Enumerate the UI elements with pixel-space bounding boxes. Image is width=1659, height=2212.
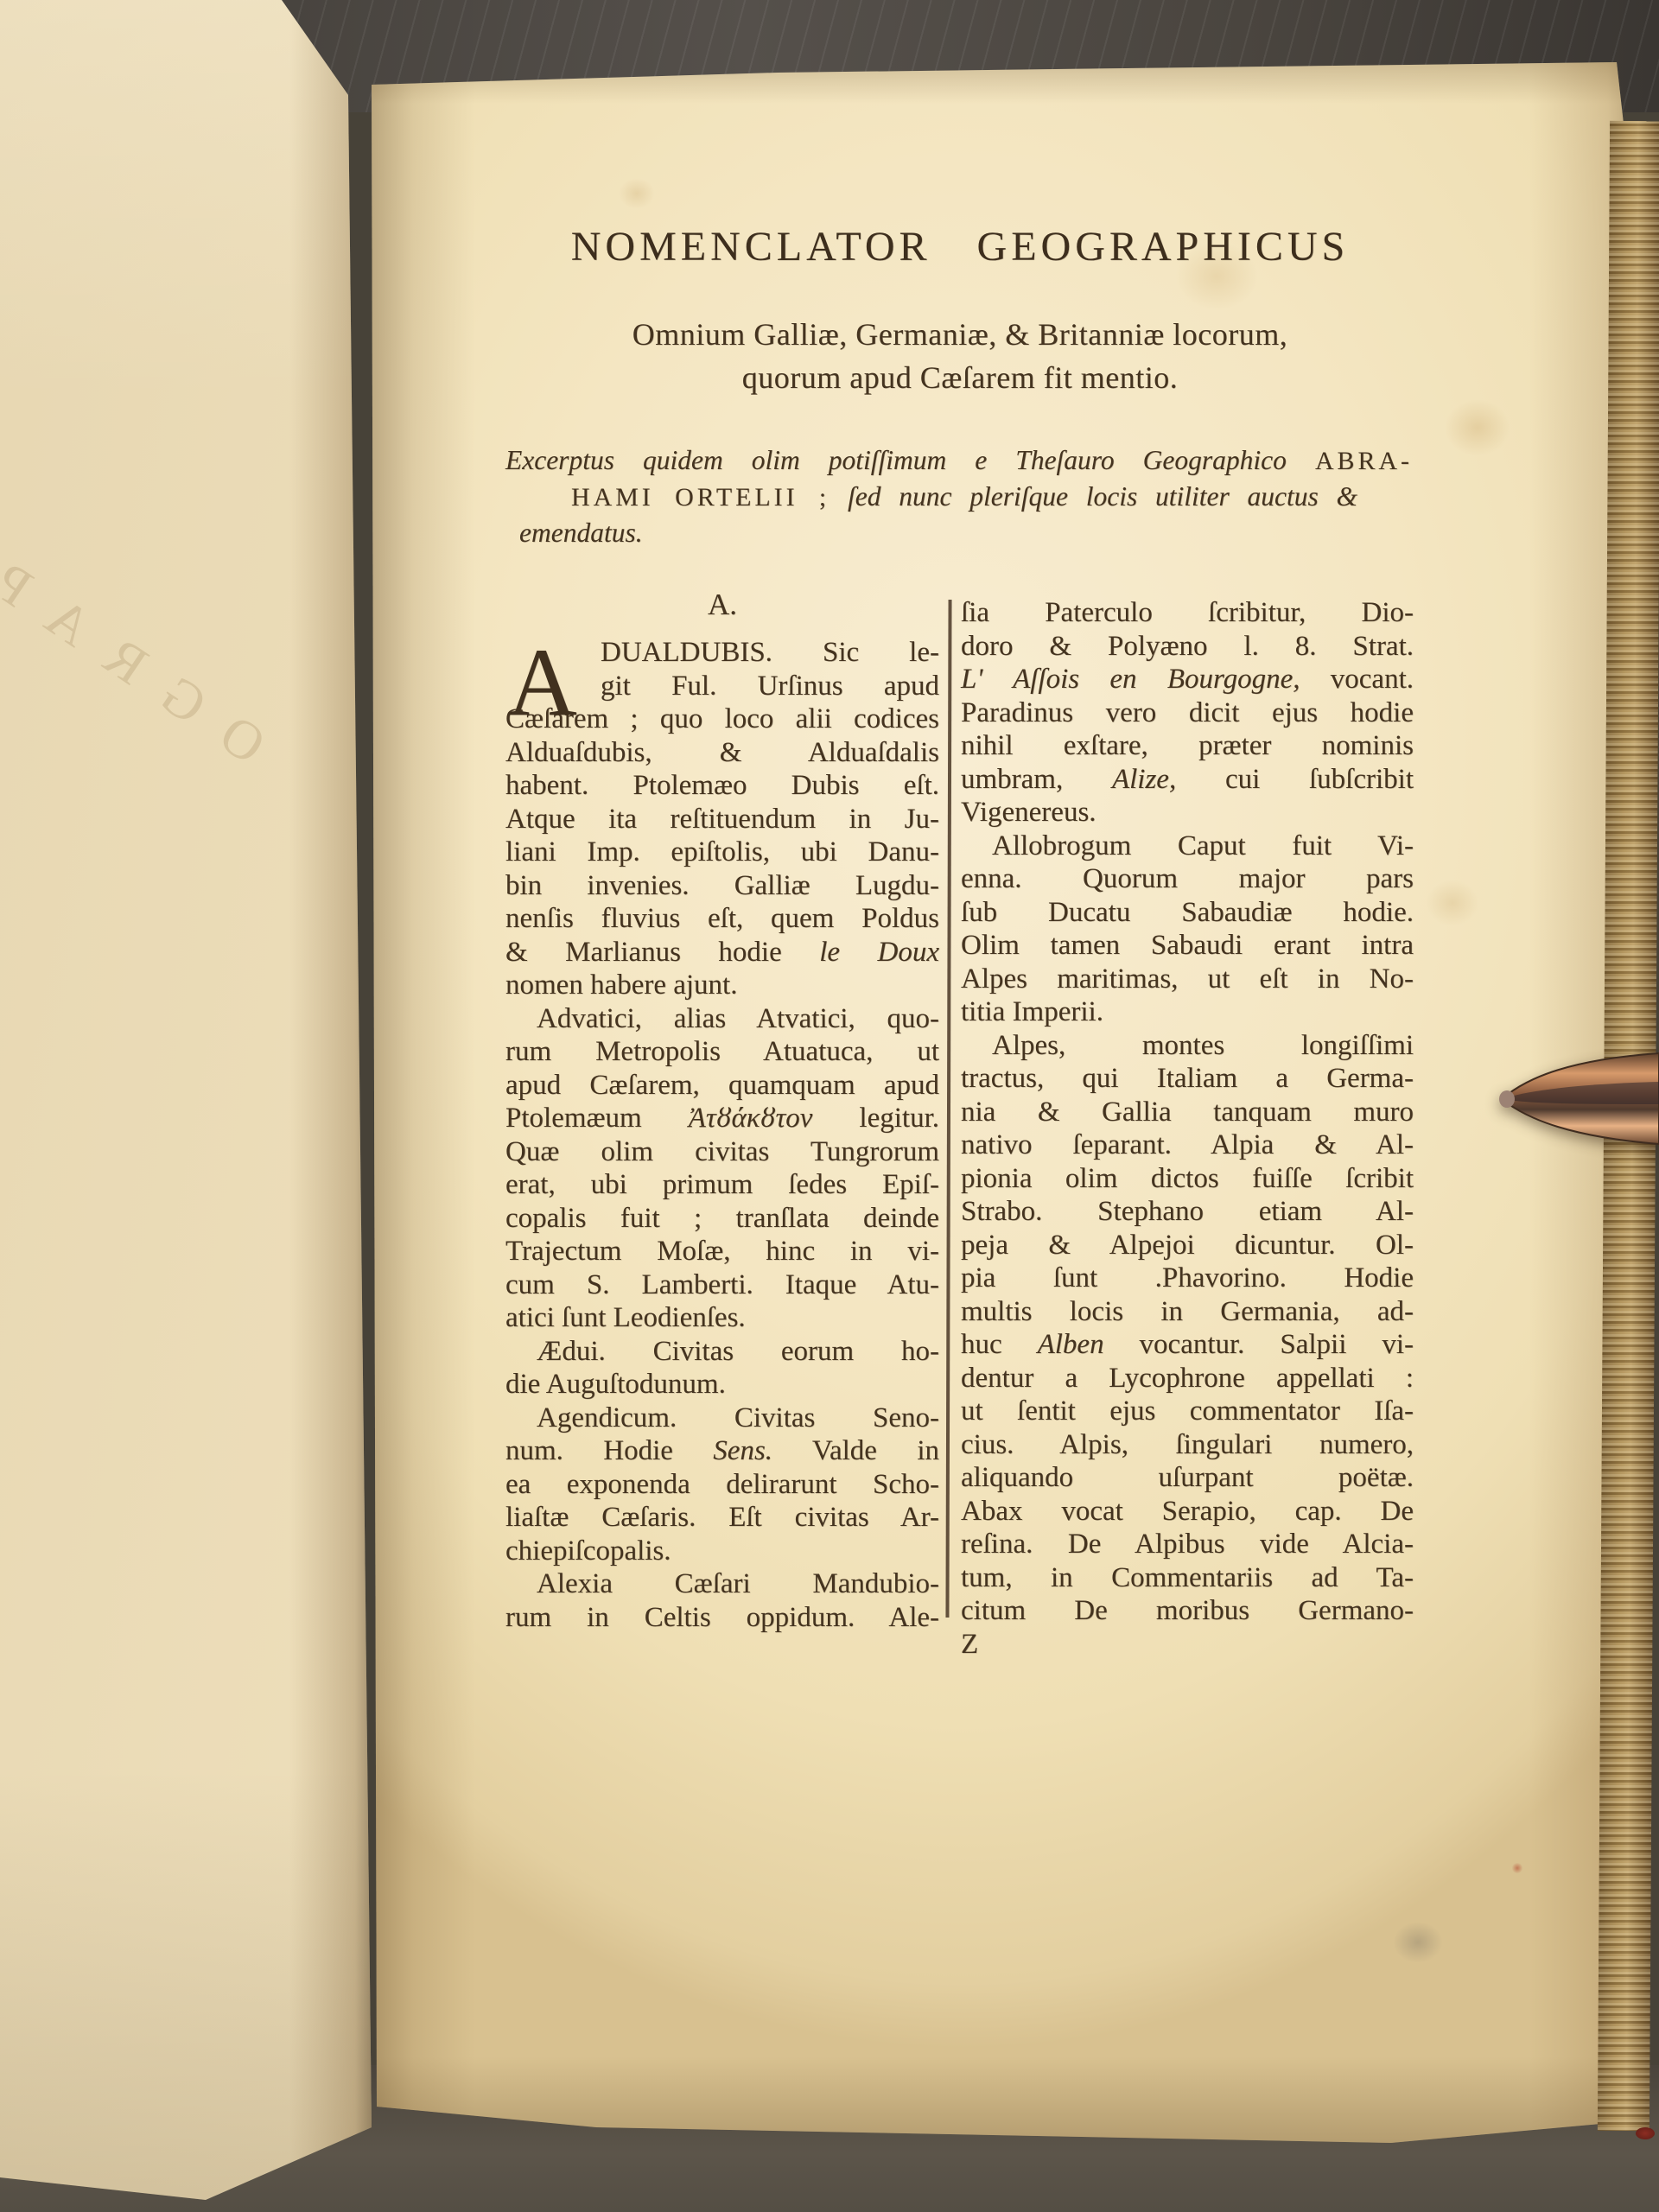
text-line: citum De moribus Germano-: [961, 1594, 1414, 1628]
gutter-shadow: [289, 0, 372, 2212]
column-rule: [945, 600, 951, 1618]
text-line: habent. Ptolemæo Dubis eſt.: [505, 769, 939, 803]
page-stain: [1512, 1863, 1522, 1873]
text-line: reſina. De Alpibus vide Alcia-: [961, 1528, 1414, 1561]
text-line: Paradinus vero dicit ejus hodie: [961, 696, 1414, 730]
text-line: ea exponenda delirarunt Scho-: [505, 1468, 939, 1502]
text-line: peja & Alpejoi dicuntur. Ol-: [961, 1229, 1414, 1262]
text-line: atici ſunt Leodienſes.: [505, 1301, 939, 1335]
text-line: liani Imp. epiſtolis, ubi Danu-: [505, 836, 939, 869]
left-column: DUALDUBIS. Sic le-git Ful. Urſinus apudC…: [505, 636, 939, 1634]
text-line: dentur a Lycophrone appellati :: [961, 1362, 1414, 1395]
section-heading: A.: [505, 588, 939, 622]
gutter-edge-shading: [363, 0, 475, 2212]
book-clasp: [1498, 1047, 1659, 1149]
text-line: nia & Gallia tanquam muro: [961, 1096, 1414, 1129]
text-line: nativo ſeparant. Alpia & Al-: [961, 1128, 1414, 1162]
text-line: Excerptus quidem olim potiſſimum e Theſa…: [505, 442, 1413, 479]
page-stain: [1426, 880, 1479, 926]
text-line: Alpes, montes longiſſimi: [961, 1029, 1414, 1063]
text-line: pia ſunt .Phavorino. Hodie: [961, 1262, 1414, 1295]
text-line: huc Alben vocantur. Salpii vi-: [961, 1328, 1414, 1362]
text-line: Alduaſdubis, & Alduaſdalis: [505, 736, 939, 770]
page-stain: [619, 178, 655, 209]
subtitle-line: Omnium Galliæ, Germaniæ, & Britanniæ loc…: [505, 313, 1414, 356]
text-line: Alexia Cæſari Mandubio-: [505, 1567, 939, 1601]
text-line: git Ful. Urſinus apud: [505, 670, 939, 703]
text-line: num. Hodie Sens. Valde in: [505, 1434, 939, 1468]
text-line: Advatici, alias Atvatici, quo-: [505, 1002, 939, 1036]
subtitle-line: quorum apud Cæſarem fit mentio.: [505, 356, 1414, 399]
text-line: cum S. Lamberti. Itaque Atu-: [505, 1268, 939, 1302]
text-line: nenſis fluvius eſt, quem Poldus: [505, 902, 939, 936]
text-line: erat, ubi primum ſedes Epiſ-: [505, 1168, 939, 1202]
text-line: & Marlianus hodie le Doux: [505, 936, 939, 969]
text-line: Ptolemæum Ἀτȣάκȣτον legitur.: [505, 1102, 939, 1135]
text-line: doro & Polyæno l. 8. Strat.: [961, 630, 1414, 664]
text-line: die Auguſtodunum.: [505, 1368, 939, 1402]
text-line: apud Cæſarem, quamquam apud: [505, 1069, 939, 1103]
page-title: NOMENCLATOR GEOGRAPHICUS: [505, 223, 1414, 270]
text-line: Abax vocat Serapio, cap. De: [961, 1495, 1414, 1529]
text-line: Vigenereus.: [961, 796, 1414, 829]
text-line: HAMI ORTELII ; ſed nunc pleriſque locis …: [505, 479, 1413, 515]
text-line: nomen habere ajunt.: [505, 969, 939, 1002]
text-line: Alpes maritimas, ut eſt in No-: [961, 963, 1414, 996]
text-line: multis locis in Germania, ad-: [961, 1295, 1414, 1329]
text-line: Allobrogum Caput fuit Vi-: [961, 829, 1414, 863]
text-line: pionia olim dictos fuiſſe ſcribit: [961, 1162, 1414, 1196]
text-line: liaſtæ Cæſaris. Eſt civitas Ar-: [505, 1501, 939, 1535]
text-line: L' Aſſois en Bourgogne, vocant.: [961, 663, 1414, 696]
text-line: Olim tamen Sabaudi erant intra: [961, 929, 1414, 963]
text-line: ſia Paterculo ſcribitur, Dio-: [961, 596, 1414, 630]
page-subtitle: Omnium Galliæ, Germaniæ, & Britanniæ loc…: [505, 313, 1414, 399]
book-photo: OGRAP NOMENCLATOR GEOGRAPHICUS Omnium Ga…: [0, 0, 1659, 2212]
text-line: tractus, qui Italiam a Germa-: [961, 1062, 1414, 1096]
text-line: tum, in Commentariis ad Ta-: [961, 1561, 1414, 1595]
text-line: Trajectum Moſæ, hinc in vi-: [505, 1235, 939, 1268]
text-line: umbram, Alize, cui ſubſcribit: [961, 763, 1414, 797]
text-line: ut ſentit ejus commentator Iſa-: [961, 1395, 1414, 1428]
text-line: emendatus.: [505, 515, 1413, 550]
right-column: ſia Paterculo ſcribitur, Dio-doro & Poly…: [961, 596, 1414, 1661]
text-line: ſub Ducatu Sabaudiæ hodie.: [961, 896, 1414, 930]
text-line: nihil exſtare, præter nominis: [961, 729, 1414, 763]
page-stain: [1445, 399, 1510, 456]
text-line: enna. Quorum major pars: [961, 862, 1414, 896]
fore-edge-mark: [1636, 2127, 1655, 2139]
text-line: DUALDUBIS. Sic le-: [505, 636, 939, 670]
text-line: chiepiſcopalis.: [505, 1535, 939, 1568]
text-line: cius. Alpis, ſingulari numero,: [961, 1428, 1414, 1462]
text-line: bin invenies. Galliæ Lugdu-: [505, 869, 939, 903]
text-line: titia Imperii.: [961, 995, 1414, 1029]
text-line: copalis fuit ; tranſlata deinde: [505, 1202, 939, 1236]
text-line: aliquando uſurpant poëtæ.: [961, 1461, 1414, 1495]
text-line: Atque ita reſtituendum in Ju-: [505, 803, 939, 836]
page-stain: [1393, 1922, 1443, 1963]
text-line: Z: [961, 1628, 1414, 1662]
text-line: rum Metropolis Atuatuca, ut: [505, 1035, 939, 1069]
text-line: Ædui. Civitas eorum ho-: [505, 1335, 939, 1369]
text-line: Cæſarem ; quo loco alii codices: [505, 702, 939, 736]
text-line: Agendicum. Civitas Seno-: [505, 1402, 939, 1435]
text-line: Quæ olim civitas Tungrorum: [505, 1135, 939, 1169]
text-line: rum in Celtis oppidum. Ale-: [505, 1601, 939, 1635]
text-line: Strabo. Stephano etiam Al-: [961, 1195, 1414, 1229]
excerpt-paragraph: Excerptus quidem olim potiſſimum e Theſa…: [505, 442, 1413, 550]
